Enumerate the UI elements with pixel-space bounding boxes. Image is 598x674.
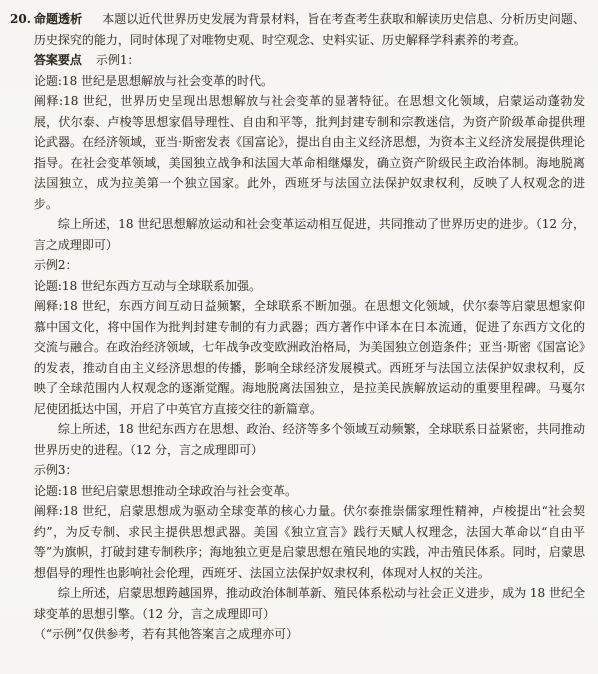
example-1-title: 示例1： bbox=[96, 53, 140, 67]
example-2-conclusion: 综上所述，18 世纪东西方在思想、政治、经济等多个领域互动频繁，全球联系日益紧密… bbox=[34, 419, 585, 460]
example-block-2: 示例2： 论题:18 世纪东西方互动与全球联系加强。 阐释:18 世纪，东西方间… bbox=[34, 255, 585, 460]
analysis-text: 本题以近代世界历史发展为背景材料，旨在考查考生获取和解读历史信息、分析历史问题、… bbox=[34, 12, 585, 47]
example-block-1: 论题:18 世纪是思想解放与社会变革的时代。 阐释:18 世纪，世界历史呈现出思… bbox=[34, 71, 585, 256]
example-2-explanation: 阐释:18 世纪，东西方间互动日益频繁，全球联系不断加强。在思想文化领域，伏尔泰… bbox=[34, 296, 585, 419]
example-2-thesis: 论题:18 世纪东西方互动与全球联系加强。 bbox=[34, 276, 585, 297]
example-1-thesis: 论题:18 世纪是思想解放与社会变革的时代。 bbox=[34, 71, 585, 92]
answer-key-page: 20. 命题透析本题以近代世界历史发展为背景材料，旨在考查考生获取和解读历史信息… bbox=[0, 0, 598, 674]
example-3-explanation: 阐释:18 世纪，启蒙思想成为驱动全球变革的核心力量。伏尔泰推崇儒家理性精神，卢… bbox=[34, 501, 585, 583]
reference-note: （“示例”仅供参考，若有其他答案言之成理亦可） bbox=[34, 624, 585, 645]
answer-points-label: 答案要点 bbox=[34, 53, 82, 67]
analysis-label: 命题透析 bbox=[34, 12, 82, 26]
example-1-conclusion: 综上所述，18 世纪思想解放运动和社会变革运动相互促进，共同推动了世界历史的进步… bbox=[34, 214, 585, 255]
example-block-3: 示例3： 论题:18 世纪启蒙思想推动全球政治与社会变革。 阐释:18 世纪，启… bbox=[34, 460, 585, 624]
analysis-paragraph: 命题透析本题以近代世界历史发展为背景材料，旨在考查考生获取和解读历史信息、分析历… bbox=[34, 9, 585, 50]
question-body: 命题透析本题以近代世界历史发展为背景材料，旨在考查考生获取和解读历史信息、分析历… bbox=[34, 9, 585, 645]
answer-points-line: 答案要点示例1： bbox=[34, 50, 585, 71]
example-1-explanation: 阐释:18 世纪，世界历史呈现出思想解放与社会变革的显著特征。在思想文化领域，启… bbox=[34, 91, 585, 214]
example-3-conclusion: 综上所述，启蒙思想跨越国界，推动政治体制革新、殖民体系松动与社会正义进步，成为 … bbox=[34, 583, 585, 624]
example-3-title: 示例3： bbox=[34, 460, 585, 481]
question-item-20: 20. 命题透析本题以近代世界历史发展为背景材料，旨在考查考生获取和解读历史信息… bbox=[10, 9, 585, 645]
question-number: 20. bbox=[10, 9, 31, 30]
example-2-title: 示例2： bbox=[34, 255, 585, 276]
example-3-thesis: 论题:18 世纪启蒙思想推动全球政治与社会变革。 bbox=[34, 481, 585, 502]
